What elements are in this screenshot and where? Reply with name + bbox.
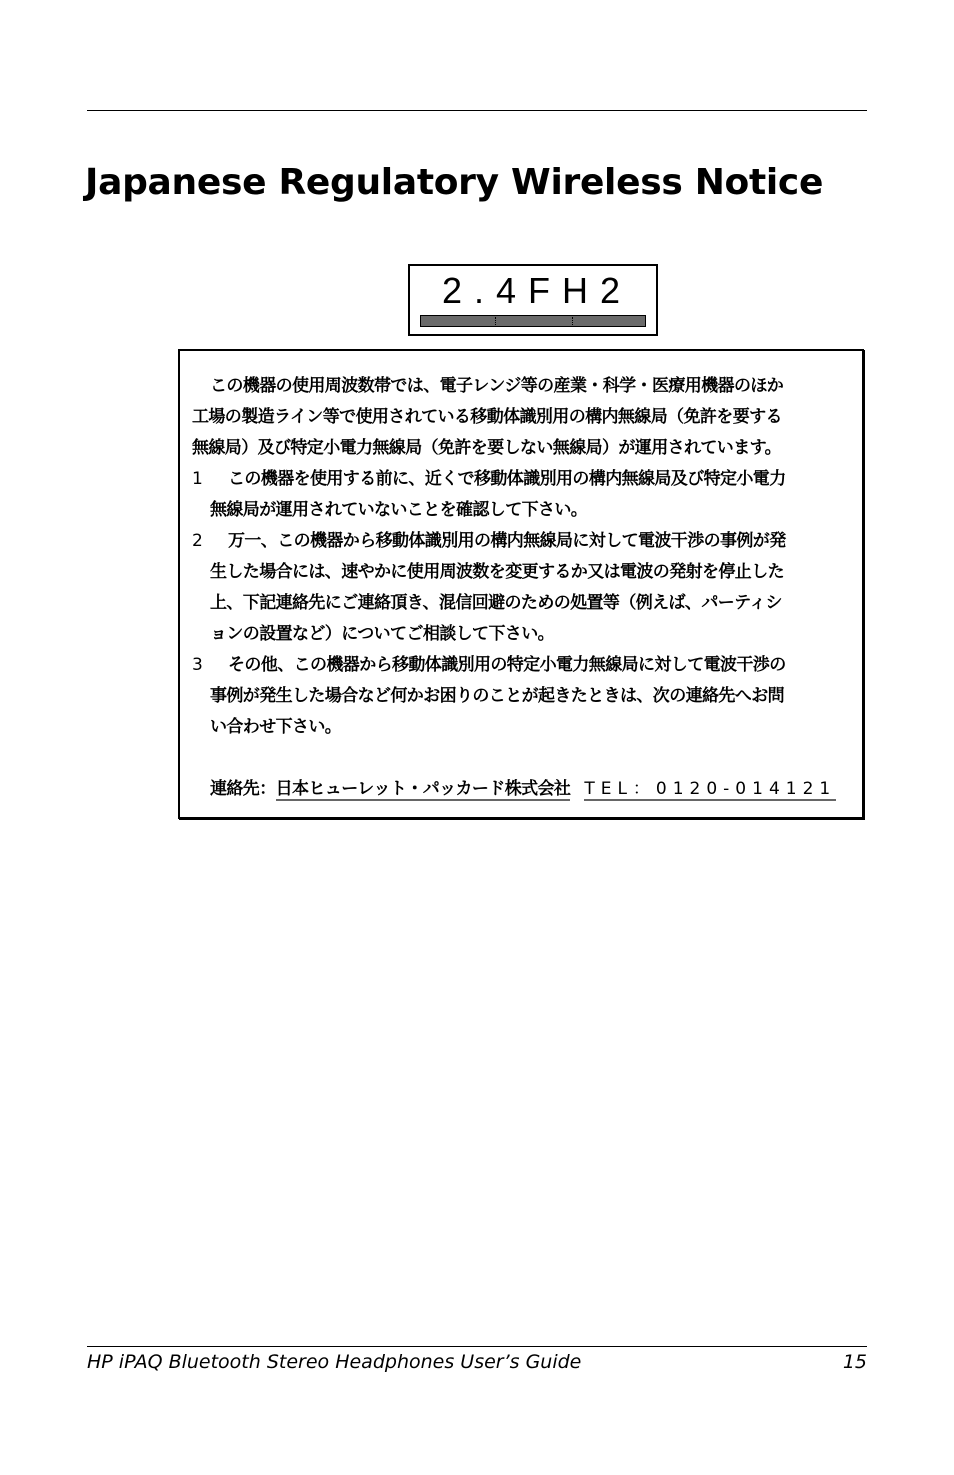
- intro-line: 工場の製造ライン等で使用されている移動体識別用の構内無線局（免許を要する: [192, 402, 852, 433]
- item-line: 生した場合には、速やかに使用周波数を変更するか又は電波の発射を停止した: [192, 557, 852, 588]
- footer-rule: [87, 1346, 867, 1347]
- bar-tick: [495, 317, 496, 325]
- list-item: 2万一、この機器から移動体識別用の構内無線局に対して電波干渉の事例が発: [192, 526, 852, 557]
- item-number: 2: [192, 526, 228, 557]
- frequency-code: 2.4FH2: [410, 270, 656, 312]
- item-number: 3: [192, 650, 228, 681]
- notice-text: この機器の使用周波数帯では、電子レンジ等の産業・科学・医療用機器のほか 工場の製…: [192, 371, 852, 805]
- item-line: 万一、この機器から移動体識別用の構内無線局に対して電波干渉の事例が発: [228, 531, 786, 551]
- item-line: 上、下記連絡先にご連絡頂き、混信回避のための処置等（例えば、パーティシ: [192, 588, 852, 619]
- item-line: 事例が発生した場合など何かお困りのことが起きたときは、次の連絡先へお問: [192, 681, 852, 712]
- intro-line: 無線局）及び特定小電力無線局（免許を要しない無線局）が運用されています。: [192, 433, 852, 464]
- item-line: 無線局が運用されていないことを確認して下さい。: [192, 495, 852, 526]
- list-item: 1この機器を使用する前に、近くで移動体識別用の構内無線局及び特定小電力: [192, 464, 852, 495]
- header-rule: [87, 110, 867, 111]
- notice-box: この機器の使用周波数帯では、電子レンジ等の産業・科学・医療用機器のほか 工場の製…: [178, 349, 864, 819]
- contact-line: 連絡先：日本ヒューレット・パッカード株式会社TEL：0120-014121: [192, 774, 852, 805]
- frequency-bar: [420, 315, 646, 327]
- bar-tick: [572, 317, 573, 325]
- item-line: い合わせ下さい。: [192, 712, 852, 743]
- frequency-label: 2.4FH2: [408, 264, 658, 336]
- item-line: この機器を使用する前に、近くで移動体識別用の構内無線局及び特定小電力: [228, 469, 786, 489]
- contact-company: 日本ヒューレット・パッカード株式会社: [276, 779, 571, 801]
- intro-line: この機器の使用周波数帯では、電子レンジ等の産業・科学・医療用機器のほか: [192, 371, 852, 402]
- item-line: その他、この機器から移動体識別用の特定小電力無線局に対して電波干渉の: [228, 655, 786, 675]
- contact-label: 連絡先：: [210, 779, 276, 799]
- page-title: Japanese Regulatory Wireless Notice: [85, 162, 823, 203]
- footer-page-number: 15: [843, 1351, 867, 1373]
- item-number: 1: [192, 464, 228, 495]
- item-line: ョンの設置など）についてご相談して下さい。: [192, 619, 852, 650]
- list-item: 3その他、この機器から移動体識別用の特定小電力無線局に対して電波干渉の: [192, 650, 852, 681]
- contact-tel: TEL：0120-014121: [584, 779, 836, 801]
- footer-doc-title: HP iPAQ Bluetooth Stereo Headphones User…: [87, 1351, 581, 1373]
